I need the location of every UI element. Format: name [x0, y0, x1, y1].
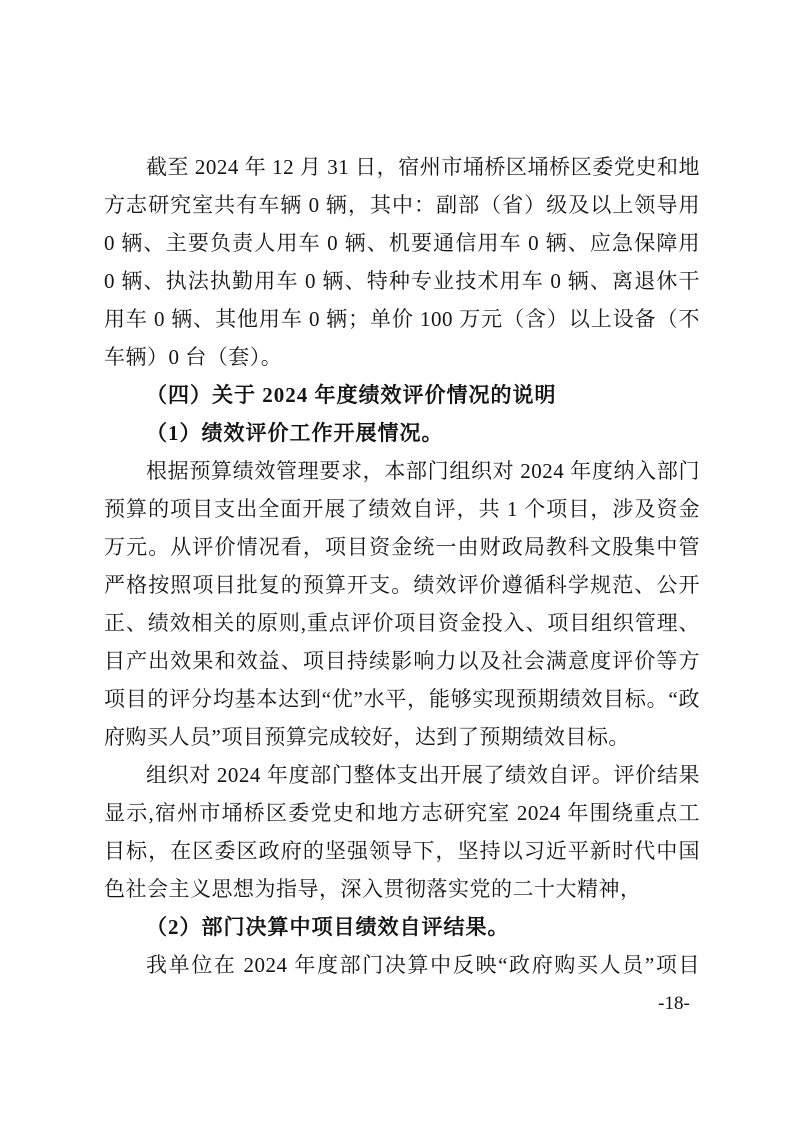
text-line: 项目的评分均基本达到“优”水平，能够实现预期绩效目标。“政	[104, 680, 700, 718]
text-line: 我单位在 2024 年度部门决算中反映“政府购买人员”项目	[104, 946, 700, 984]
text-line: 0 辆、主要负责人用车 0 辆、机要通信用车 0 辆、应急保障用车	[104, 224, 700, 262]
heading-line: （2）部门决算中项目绩效自评结果。	[104, 908, 700, 946]
text-line: 目产出效果和效益、项目持续影响力以及社会满意度评价等方面，	[104, 642, 700, 680]
text-line: 车辆）0 台（套）。	[104, 338, 700, 376]
text-line: 正、绩效相关的原则,重点评价项目资金投入、项目组织管理、项	[104, 604, 700, 642]
text-line: 目标，在区委区政府的坚强领导下，坚持以习近平新时代中国特	[104, 832, 700, 870]
text-line: 万元。从评价情况看，项目资金统一由财政局教科文股集中管理，	[104, 528, 700, 566]
text-line: 用车 0 辆、其他用车 0 辆；单价 100 万元（含）以上设备（不含	[104, 300, 700, 338]
text-line: 色社会主义思想为指导，深入贯彻落实党的二十大精神，	[104, 870, 700, 908]
text-line: 严格按照项目批复的预算开支。绩效评价遵循科学规范、公开公	[104, 566, 700, 604]
text-line: 显示,宿州市埇桥区委党史和地方志研究室 2024 年围绕重点工作	[104, 794, 700, 832]
text-line: 截至 2024 年 12 月 31 日，宿州市埇桥区埇桥区委党史和地	[104, 148, 700, 186]
page-number: -18-	[652, 994, 696, 1014]
text-line: 预算的项目支出全面开展了绩效自评，共 1 个项目，涉及资金 18	[104, 490, 700, 528]
heading-line: （1）绩效评价工作开展情况。	[104, 414, 700, 452]
text-line: 组织对 2024 年度部门整体支出开展了绩效自评。评价结果	[104, 756, 700, 794]
heading-line: （四）关于 2024 年度绩效评价情况的说明	[104, 376, 700, 414]
text-line: 0 辆、执法执勤用车 0 辆、特种专业技术用车 0 辆、离退休干部	[104, 262, 700, 300]
text-line: 根据预算绩效管理要求，本部门组织对 2024 年度纳入部门	[104, 452, 700, 490]
document-page: 截至 2024 年 12 月 31 日，宿州市埇桥区埇桥区委党史和地方志研究室共…	[0, 0, 793, 1122]
text-line: 方志研究室共有车辆 0 辆，其中：副部（省）级及以上领导用车	[104, 186, 700, 224]
text-line: 府购买人员”项目预算完成较好，达到了预期绩效目标。	[104, 718, 700, 756]
document-body: 截至 2024 年 12 月 31 日，宿州市埇桥区埇桥区委党史和地方志研究室共…	[104, 148, 700, 984]
